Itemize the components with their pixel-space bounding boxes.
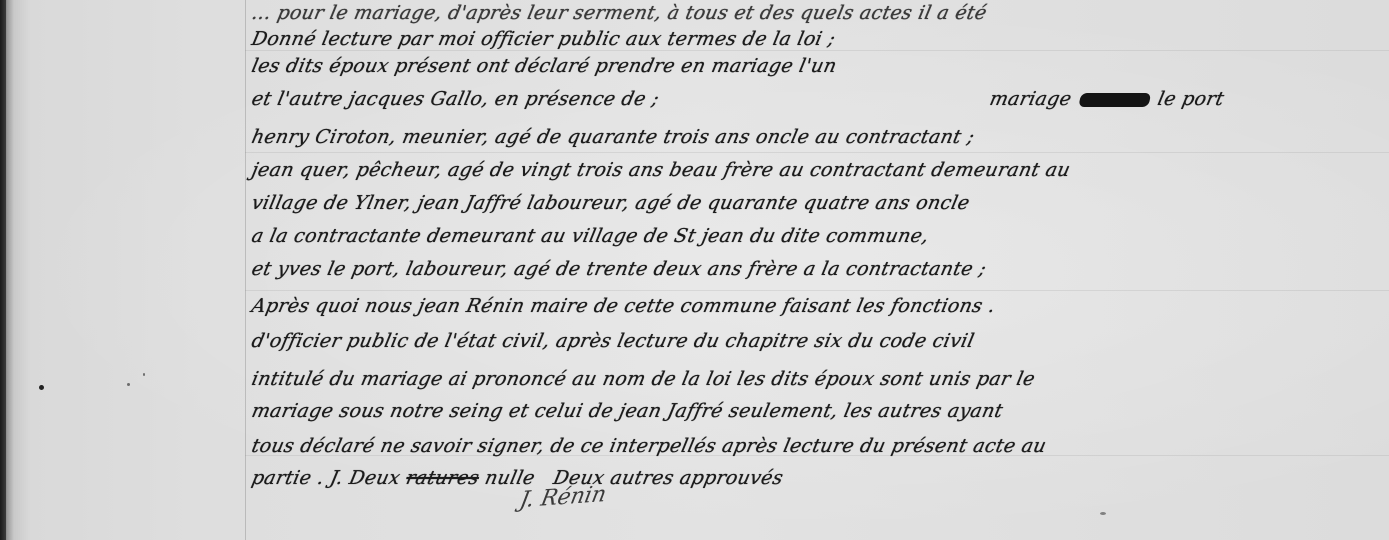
line-end: le port — [1156, 88, 1226, 110]
page-binding-edge — [0, 0, 6, 540]
struck-word: ratures — [404, 467, 481, 489]
ink-speck — [127, 383, 130, 386]
text-line: les dits époux présent ont déclaré prend… — [250, 55, 839, 77]
ruled-line — [245, 290, 1389, 291]
text-line: et l'autre jacques Gallo, en présence de… — [250, 88, 662, 110]
margin-rule — [245, 0, 246, 540]
final-line-start: partie . J. Deux — [250, 467, 403, 489]
text-line: henry Ciroton, meunier, agé de quarante … — [250, 126, 977, 148]
document-page: … pour le mariage, d'après leur serment,… — [0, 0, 1389, 540]
text-line: a la contractante demeurant au village d… — [250, 225, 931, 247]
ruled-line — [245, 50, 1389, 51]
text-line: d'officier public de l'état civil, après… — [250, 330, 977, 352]
line-tail: mariage — [988, 88, 1074, 110]
text-line: intitulé du mariage ai prononcé au nom d… — [250, 368, 1037, 390]
text-line: jean quer, pêcheur, agé de vingt trois a… — [250, 159, 1073, 181]
ruled-line — [245, 152, 1389, 153]
text-line: … pour le mariage, d'après leur serment,… — [250, 2, 989, 24]
ink-blot-correction — [1078, 93, 1151, 107]
text-line: mariage sous notre seing et celui de jea… — [250, 400, 1005, 422]
ink-speck — [39, 385, 44, 390]
text-line-fragment: mariage le port — [988, 88, 1226, 110]
text-line: et yves le port, laboureur, agé de trent… — [250, 258, 989, 280]
text-line: tous déclaré ne savoir signer, de ce int… — [250, 435, 1049, 457]
ink-speck — [143, 373, 145, 376]
text-line-final: partie . J. Deux ratures nulle Deux autr… — [250, 467, 786, 489]
final-line-mid: nulle — [483, 467, 537, 489]
signature: J. Rénin — [518, 482, 609, 513]
text-line: village de Ylner, jean Jaffré laboureur,… — [250, 192, 972, 214]
ink-speck — [1100, 512, 1106, 515]
text-line: Après quoi nous jean Rénin maire de cett… — [250, 295, 998, 317]
text-line: Donné lecture par moi officier public au… — [250, 28, 838, 50]
